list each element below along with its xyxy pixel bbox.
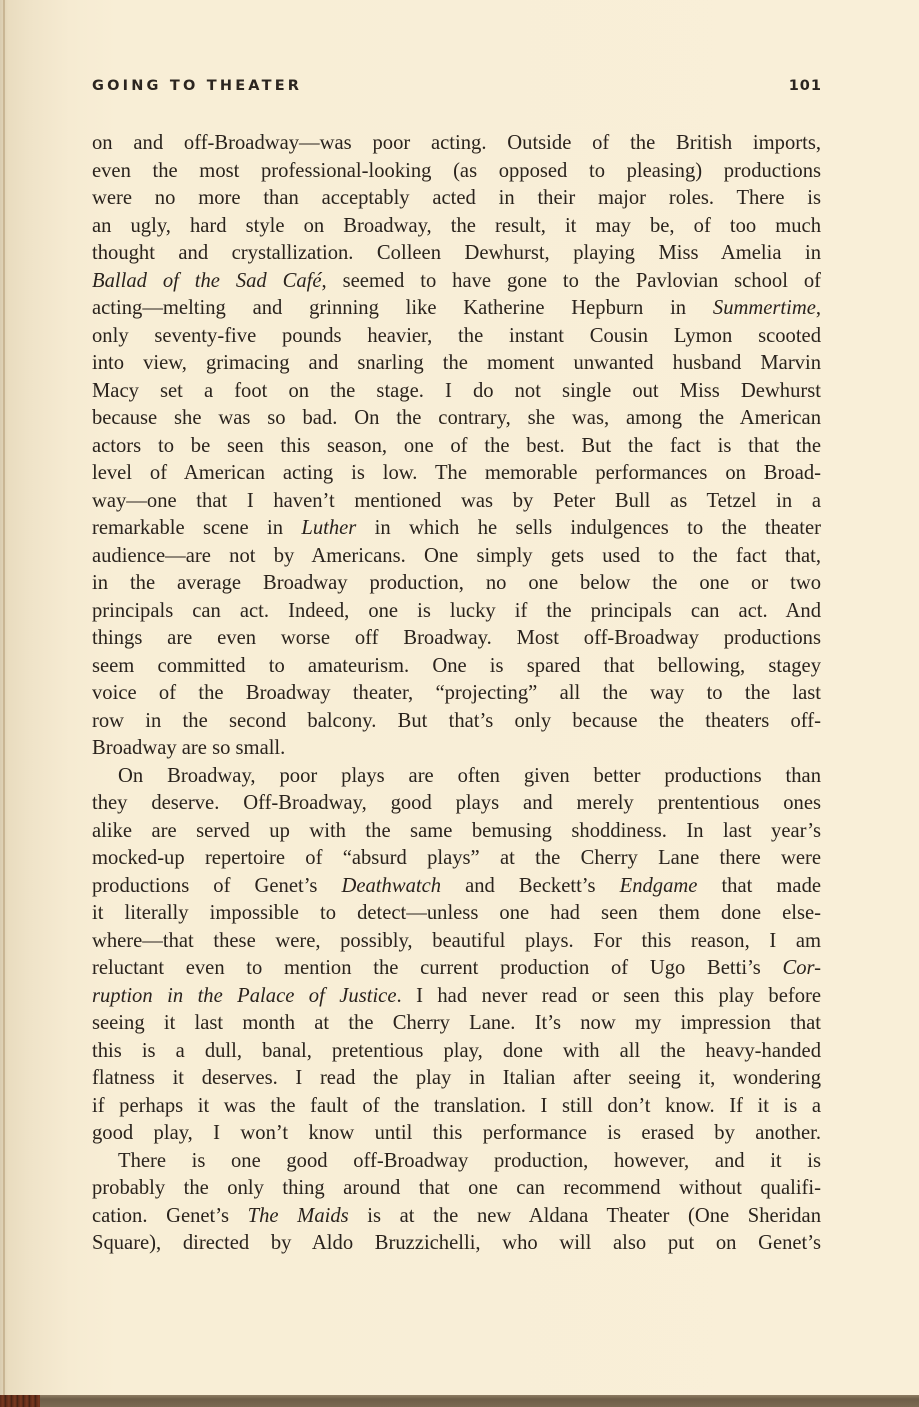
- text-line: good play, I won’t know until this perfo…: [92, 1120, 821, 1148]
- text-line: seeing it last month at the Cherry Lane.…: [92, 1010, 821, 1038]
- text-line: this is a dull, banal, pretentious play,…: [92, 1038, 821, 1066]
- text-line: if perhaps it was the fault of the trans…: [92, 1093, 821, 1121]
- text-line: even the most professional-looking (as o…: [92, 158, 821, 186]
- text-line: it literally impossible to detect—unless…: [92, 900, 821, 928]
- body-text: on and off-Broadway—was poor acting. Out…: [92, 130, 821, 1258]
- text-segment: productions of Genet’s: [92, 875, 342, 897]
- text-segment: reluctant even to mention the current pr…: [92, 957, 783, 979]
- text-line: were no more than acceptably acted in th…: [92, 185, 821, 213]
- text-line: acting—melting and grinning like Katheri…: [92, 295, 821, 323]
- text-line: in the average Broadway production, no o…: [92, 570, 821, 598]
- text-segment: cation. Genet’s: [92, 1205, 248, 1227]
- text-line: reluctant even to mention the current pr…: [92, 955, 821, 983]
- text-line: cation. Genet’s The Maids is at the new …: [92, 1203, 821, 1231]
- text-line: There is one good off-Broadway productio…: [92, 1148, 821, 1176]
- italic-title: ruption in the Palace of Justice: [92, 985, 396, 1007]
- text-line: thought and crystallization. Colleen Dew…: [92, 240, 821, 268]
- text-line: audience—are not by Americans. One simpl…: [92, 543, 821, 571]
- text-segment: , seemed to have gone to the Pavlovian s…: [322, 270, 821, 292]
- text-line: Macy set a foot on the stage. I do not s…: [92, 378, 821, 406]
- italic-title: The Maids: [248, 1205, 349, 1227]
- running-head: GOING TO THEATER 101: [92, 78, 822, 102]
- italic-title: Cor-: [783, 957, 822, 979]
- running-head-title: GOING TO THEATER: [92, 78, 302, 94]
- text-line: level of American acting is low. The mem…: [92, 460, 821, 488]
- page-number: 101: [789, 78, 822, 94]
- text-line: principals can act. Indeed, one is lucky…: [92, 598, 821, 626]
- text-line: alike are served up with the same bemusi…: [92, 818, 821, 846]
- text-line: flatness it deserves. I read the play in…: [92, 1065, 821, 1093]
- italic-title: Luther: [301, 517, 356, 539]
- book-cover-edge: [0, 1395, 40, 1407]
- text-segment: that made: [697, 875, 821, 897]
- text-line: Broadway are so small.: [92, 735, 821, 763]
- text-segment: in which he sells indulgences to the the…: [356, 517, 821, 539]
- text-line: remarkable scene in Luther in which he s…: [92, 515, 821, 543]
- text-segment: remarkable scene in: [92, 517, 301, 539]
- text-line: ruption in the Palace of Justice. I had …: [92, 983, 821, 1011]
- text-line: because she was so bad. On the contrary,…: [92, 405, 821, 433]
- text-line: probably the only thing around that one …: [92, 1175, 821, 1203]
- text-line: row in the second balcony. But that’s on…: [92, 708, 821, 736]
- text-line: an ugly, hard style on Broadway, the res…: [92, 213, 821, 241]
- text-line: mocked-up repertoire of “absurd plays” a…: [92, 845, 821, 873]
- text-segment: acting—melting and grinning like Katheri…: [92, 297, 713, 319]
- text-line: voice of the Broadway theater, “projecti…: [92, 680, 821, 708]
- italic-title: Summertime: [713, 297, 816, 319]
- text-line: things are even worse off Broadway. Most…: [92, 625, 821, 653]
- text-segment: . I had never read or seen this play bef…: [396, 985, 821, 1007]
- page-bottom-edge: [0, 1395, 919, 1407]
- text-line: productions of Genet’s Deathwatch and Be…: [92, 873, 821, 901]
- text-line: actors to be seen this season, one of th…: [92, 433, 821, 461]
- text-line: into view, grimacing and snarling the mo…: [92, 350, 821, 378]
- text-segment: ,: [816, 297, 821, 319]
- text-line: only seventy-five pounds heavier, the in…: [92, 323, 821, 351]
- text-segment: and Beckett’s: [441, 875, 620, 897]
- text-line: Square), directed by Aldo Bruzzichelli, …: [92, 1230, 821, 1258]
- book-page: GOING TO THEATER 101 on and off-Broadway…: [0, 0, 919, 1407]
- italic-title: Deathwatch: [342, 875, 442, 897]
- text-line: where—that these were, possibly, beautif…: [92, 928, 821, 956]
- text-line: way—one that I haven’t mentioned was by …: [92, 488, 821, 516]
- italic-title: Ballad of the Sad Café: [92, 270, 322, 292]
- text-line: on and off-Broadway—was poor acting. Out…: [92, 130, 821, 158]
- page-gutter-shadow: [3, 0, 5, 1407]
- text-line: Ballad of the Sad Café, seemed to have g…: [92, 268, 821, 296]
- italic-title: Endgame: [620, 875, 698, 897]
- text-line: they deserve. Off-Broadway, good plays a…: [92, 790, 821, 818]
- text-line: seem committed to amateurism. One is spa…: [92, 653, 821, 681]
- text-segment: is at the new Aldana Theater (One Sherid…: [349, 1205, 821, 1227]
- text-line: On Broadway, poor plays are often given …: [92, 763, 821, 791]
